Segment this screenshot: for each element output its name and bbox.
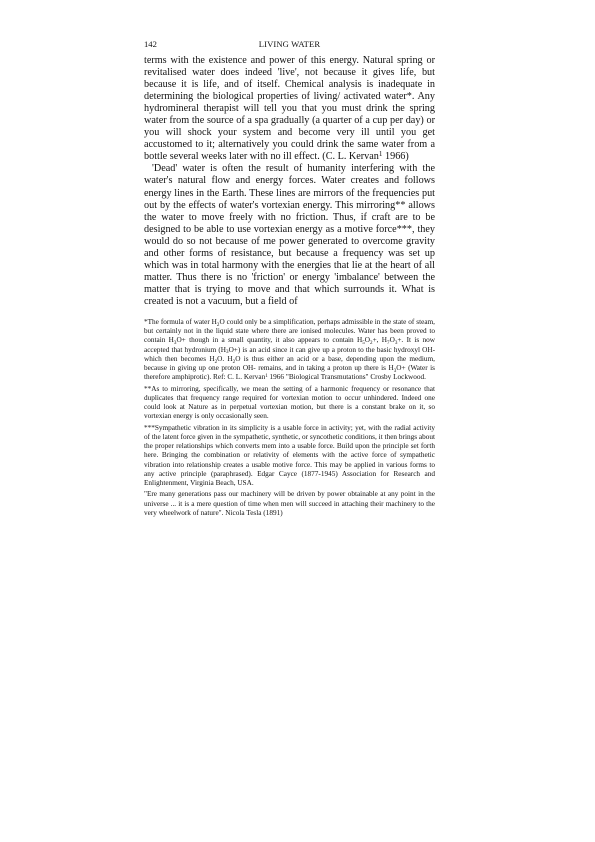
footnote-water-formula: *The formula of water H2O could only be … <box>144 318 435 383</box>
footnote-sympathetic-vibration: ***Sympathetic vibration in its simplici… <box>144 424 435 489</box>
paragraph-text: terms with the existence and power of th… <box>144 55 435 162</box>
running-header: 142 LIVING WATER <box>144 38 435 51</box>
book-page: 142 LIVING WATER terms with the existenc… <box>144 38 435 520</box>
footnote-mirroring: **As to mirroring, specifically, we mean… <box>144 385 435 422</box>
body-text: terms with the existence and power of th… <box>144 55 435 308</box>
running-title: LIVING WATER <box>144 38 435 51</box>
reference-superscript: 1 <box>379 150 383 158</box>
footnote-tesla-quote: "Ere many generations pass our machinery… <box>144 490 435 518</box>
paragraph-living-water: terms with the existence and power of th… <box>144 55 435 163</box>
paragraph-text: 1966) <box>382 151 408 162</box>
footnotes: *The formula of water H2O could only be … <box>144 318 435 518</box>
paragraph-dead-water: 'Dead' water is often the result of huma… <box>144 163 435 308</box>
